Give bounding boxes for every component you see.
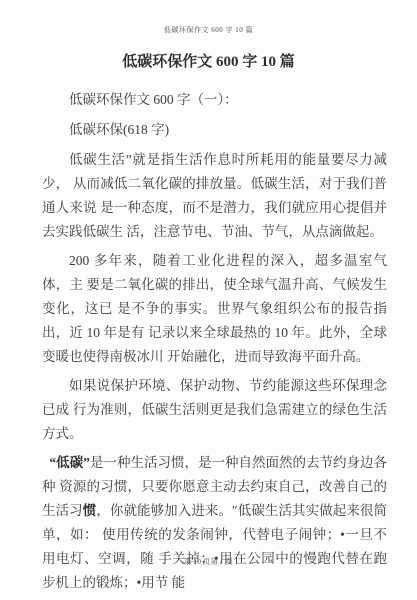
bold-quoted-term: “低碳” bbox=[49, 455, 90, 470]
page-title: 低碳环保作文 600 字 10 篇 bbox=[0, 51, 417, 73]
paragraph-3: 如果说保护环境、保护动物、节约能源这些环保理念已成 行为准则，低碳生活则更是我们… bbox=[42, 374, 387, 446]
document-body: 低碳环保作文 600 字（一）： 低碳环保(618 字) 低碳生活”就是指生活作… bbox=[42, 88, 387, 595]
bold-character: 惯 bbox=[83, 503, 97, 518]
running-header: 低碳环保作文 600 字 10 篇 bbox=[0, 0, 417, 35]
paragraph-2: 200 多年来，随着工业化进程的深入，超多温室气体，主 要是二氧化碳的排出，使全… bbox=[42, 249, 387, 369]
paragraph-4: “低碳”是一种生活习惯，是一种自然面然的去节约身边各种 资源的习惯，只要你愿意主… bbox=[42, 451, 387, 595]
section-heading: 低碳环保作文 600 字（一）： bbox=[42, 88, 387, 112]
page-number-footer: 第 10 页第 1 页 bbox=[0, 556, 417, 567]
essay-subtitle: 低碳环保(618 字) bbox=[42, 118, 387, 142]
document-page: 低碳环保作文 600 字 10 篇 低碳环保作文 600 字 10 篇 低碳环保… bbox=[0, 0, 417, 600]
paragraph-1: 低碳生活”就是指生活作息时所耗用的能量要尽力减少， 从而减低二氧化碳的排放量。低… bbox=[42, 148, 387, 244]
